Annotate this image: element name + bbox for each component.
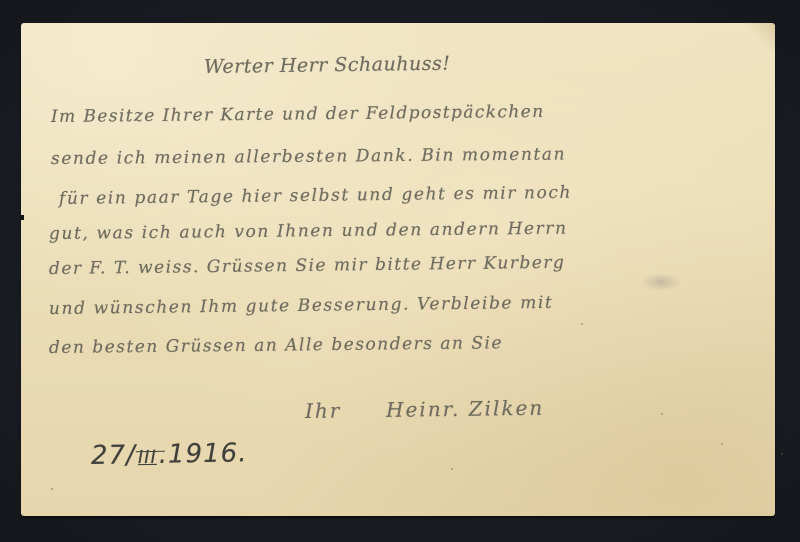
paper-speck [581, 323, 583, 325]
body-line-1: Im Besitze Ihrer Karte und der Feldpostp… [51, 102, 545, 127]
paper-speck [721, 443, 723, 445]
body-line-6: und wünschen Ihm gute Besserung. Verblei… [49, 293, 554, 319]
paper-speck [661, 413, 663, 415]
body-line-3: für ein paar Tage hier selbst und geht e… [59, 183, 572, 209]
signature-name: Heinr. Zilken [386, 396, 544, 422]
paper-speck [781, 453, 783, 455]
date-year: .1916. [159, 438, 248, 470]
corner-crease [745, 23, 775, 53]
paper-speck [451, 468, 453, 470]
postcard: Werter Herr Schauhuss! Im Besitze Ihrer … [21, 23, 775, 516]
edge-mark [19, 215, 24, 220]
body-line-2: sende ich meinen allerbesten Dank. Bin m… [51, 145, 566, 169]
body-line-4: gut, was ich auch von Ihnen und den ande… [49, 219, 568, 244]
date: 27/III.1916. [91, 438, 248, 471]
salutation: Werter Herr Schauhuss! [204, 53, 451, 78]
body-line-5: der F. T. weiss. Grüssen Sie mir bitte H… [49, 253, 566, 279]
signature: Ihr Heinr. Zilken [305, 396, 545, 423]
date-day: 27/ [91, 440, 136, 471]
closing-prefix: Ihr [305, 398, 342, 423]
body-line-7: den besten Grüssen an Alle besonders an … [49, 333, 503, 358]
date-month: III [136, 447, 159, 468]
paper-speck [51, 488, 53, 490]
ink-smudge [641, 273, 681, 291]
